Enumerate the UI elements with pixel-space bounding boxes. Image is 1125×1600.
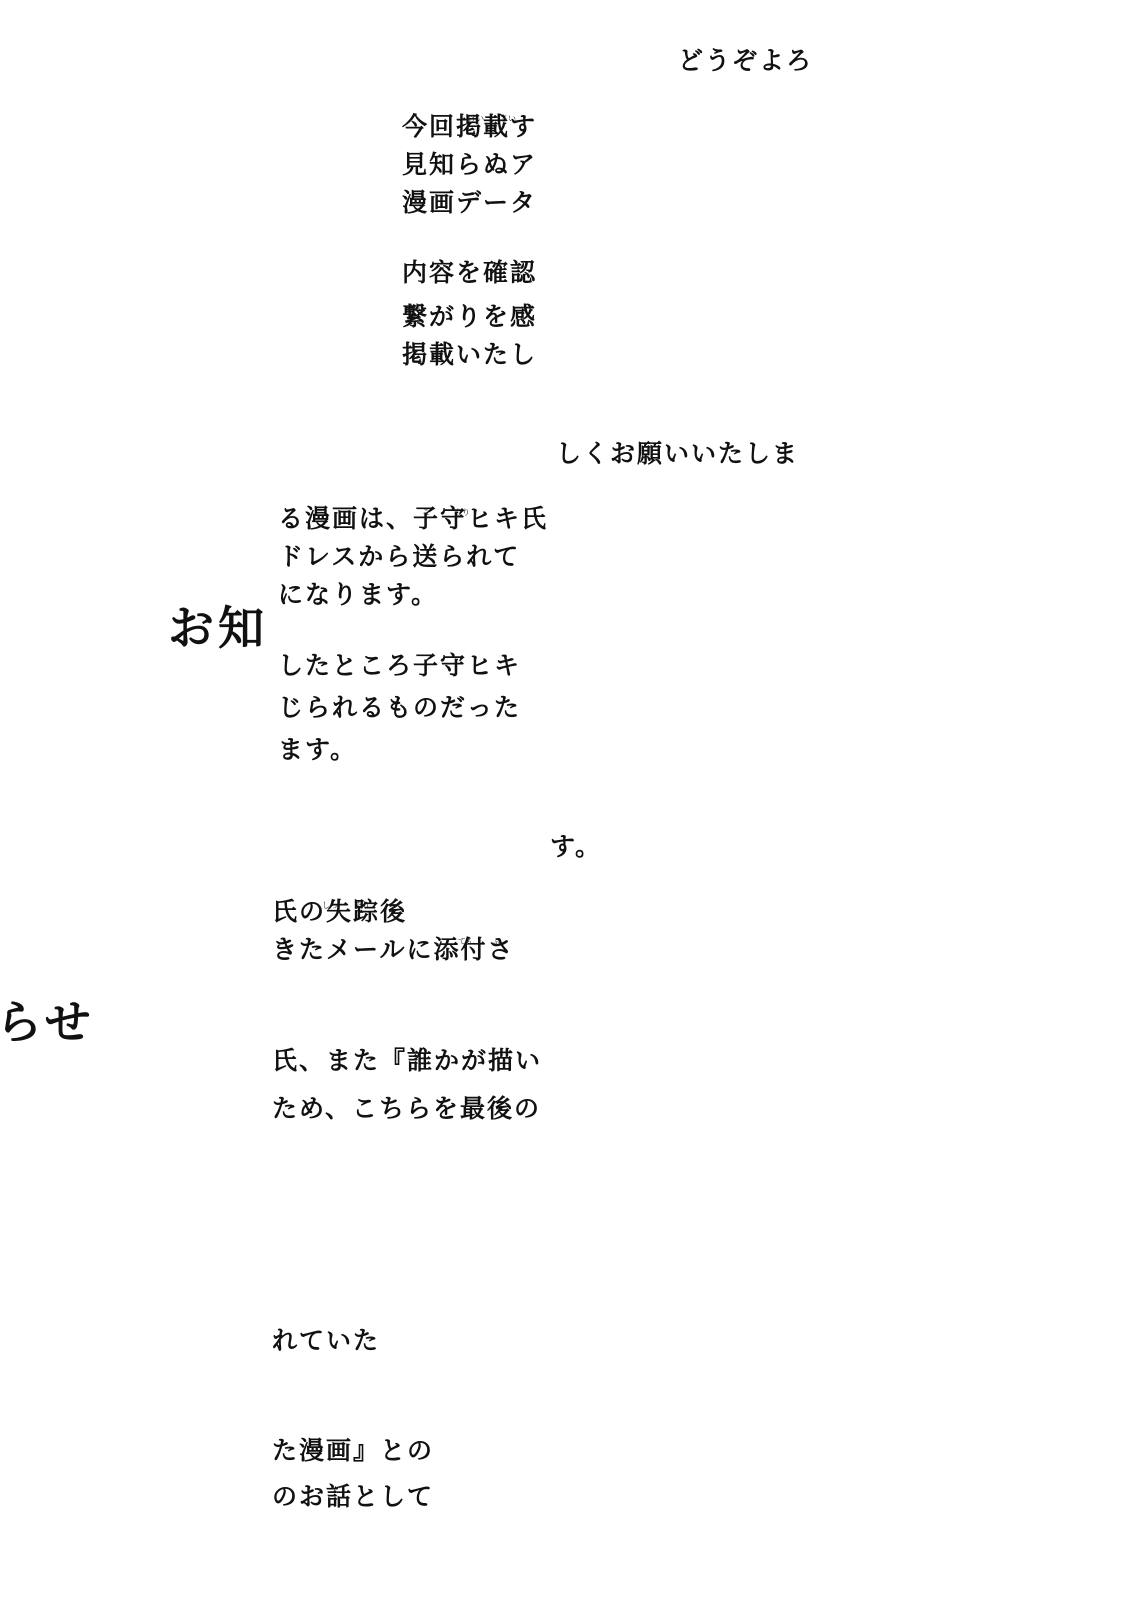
fragment-konkai: けい さい 今回掲載す 見知らぬア 漫画データ [402,108,549,222]
text-line: しくお願いいたしま [556,435,826,473]
ruby-ten: てん [458,923,474,961]
text-line: のお話として [272,1474,432,1520]
text-line: ます。 [278,729,549,771]
text-line: きたメールに添付さ [272,935,515,964]
text-line: 繋がりを感 [402,302,537,331]
text-line: 掲載いたし [402,336,549,374]
text-line: 内容を確認 [402,254,549,292]
fragment-su: す。 [550,828,610,866]
fragment-shiku: しくお願いいたしま [556,435,826,473]
title-fragment-rase: らせ [0,992,116,1052]
text-line: じられるものだった [278,687,549,729]
text-line: になります。 [278,576,549,614]
fragment-reteita: れていた [272,1322,392,1360]
text-line: た漫画』との [272,1428,432,1474]
page-title-part: お知 [168,598,276,658]
text-line: れていた [272,1322,392,1360]
text-line: 見知らぬア [402,146,549,184]
text-line-wrap: てん ぷ きたメールに添付さ [272,931,549,969]
text-line: ドレスから送られて [278,538,549,576]
ruby-tsuna: つな [406,289,422,327]
text-line: 漫画データ [402,184,549,222]
text-line: したところ子守ヒキ [278,645,549,687]
text-line: どうぞよろ [678,42,828,80]
ruby-pu: ぷ [492,923,500,961]
fragment-shita-tokoro: したところ子守ヒキ じられるものだった ます。 [278,645,549,771]
fragment-shissou: しっ そう 氏の失踪後 てん ぷ きたメールに添付さ [272,893,549,969]
title-fragment-oshi: お知 [168,598,276,658]
fragment-ta-manga: た漫画』との のお話として [272,1428,432,1520]
text-line: る漫画は、子守ヒキ氏 [278,500,549,538]
text-line: す。 [550,828,610,866]
fragment-naiyou: 内容を確認 つな 繋がりを感 掲載いたし [402,254,549,374]
text-line: 氏の失踪後 [272,893,549,931]
text-line: 今回掲載す [402,108,549,146]
fragment-ru-manga: こ もり る漫画は、子守ヒキ氏 ドレスから送られて になります。 [278,500,549,614]
text-line-wrap: つな 繋がりを感 [402,298,549,336]
text-line: 氏、また『誰かが描い [272,1037,549,1085]
page-title-part: らせ [0,992,116,1052]
fragment-douzo: どうぞよろ [678,42,828,80]
fragment-shi-mata: 氏、また『誰かが描い ため、こちらを最後の [272,1037,549,1133]
text-line: ため、こちらを最後の [272,1085,549,1133]
